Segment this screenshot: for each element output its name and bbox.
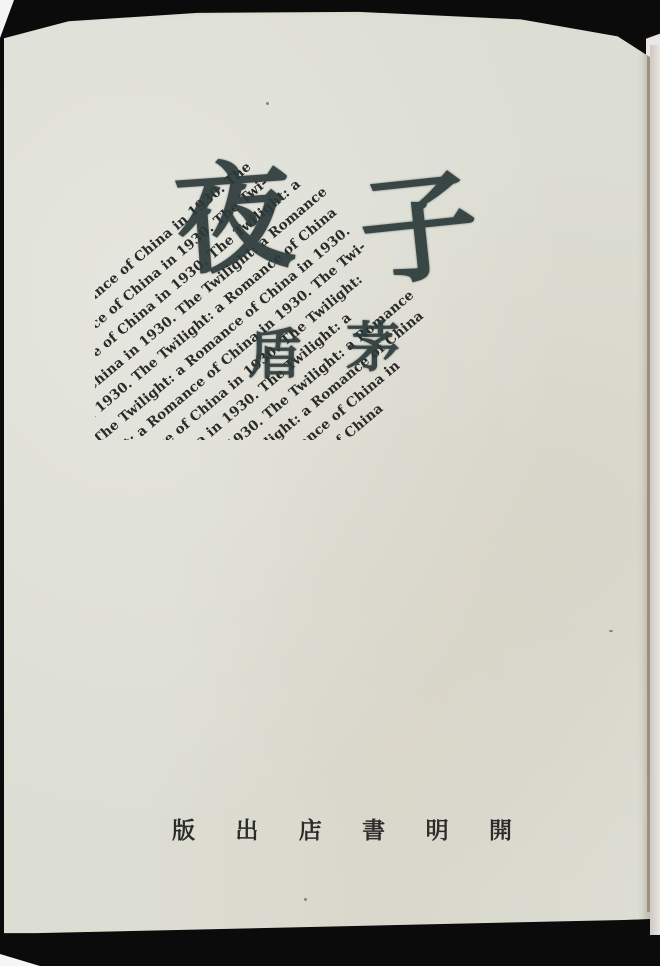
title-char-ye: 夜 <box>171 156 297 282</box>
title-char-zi: 子 <box>354 164 484 294</box>
author-char-dun: 盾 <box>248 327 302 381</box>
publisher-char: 明 <box>426 812 449 845</box>
title-block: The Twilight: a Romance of China in 1930… <box>95 120 585 440</box>
background-corner-top-left <box>0 0 14 38</box>
paper-speck <box>304 898 307 901</box>
paper-speck <box>404 940 408 944</box>
paper-speck <box>609 630 613 632</box>
publisher-char: 店 <box>299 812 322 845</box>
publisher-char: 書 <box>362 812 385 845</box>
english-subtitle-pattern: The Twilight: a Romance of China in 1930… <box>95 120 585 440</box>
publisher-char: 版 <box>172 812 195 845</box>
page-stack-edge <box>650 45 660 935</box>
background-corner-bottom-left <box>0 954 40 966</box>
author-char-mao: 茅 <box>346 320 400 374</box>
publisher-char: 出 <box>235 812 258 845</box>
paper-speck <box>266 102 269 105</box>
photo-scene: The Twilight: a Romance of China in 1930… <box>0 0 660 966</box>
publisher-char: 開 <box>489 812 512 845</box>
publisher-imprint: 版 出 店 書 明 開 <box>172 812 512 845</box>
